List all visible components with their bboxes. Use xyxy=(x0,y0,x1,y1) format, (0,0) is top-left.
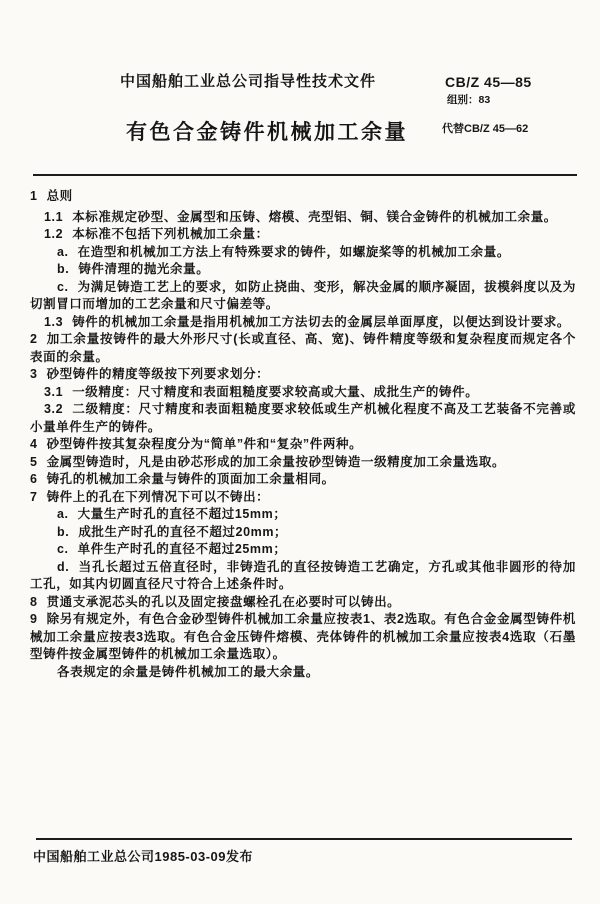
paragraph: 2加工余量按铸件的最大外形尺寸(长或直径、高、宽)、铸件精度等级和复杂程度而规定… xyxy=(30,331,576,366)
paragraph-text: 本标准规定砂型、金属型和压铸、熔模、壳型铝、铜、镁合金铸件的机械加工余量。 xyxy=(72,210,557,224)
paragraph-marker: 3.1 xyxy=(44,385,63,399)
paragraph-text: 除另有规定外，有色合金砂型铸件机械加工余量应按表1、表2选取。有色合金金属型铸件… xyxy=(30,612,576,661)
paragraph: d.当孔长超过五倍直径时，非铸造孔的直径按铸造工艺确定，方孔或其他非圆形的待加工… xyxy=(30,559,576,594)
paragraph: 7铸件上的孔在下列情况下可以不铸出： xyxy=(30,489,576,507)
paragraph-marker: b. xyxy=(57,525,69,539)
paragraph-marker: a. xyxy=(57,245,69,259)
paragraph-text: 本标准不包括下列机械加工余量： xyxy=(72,227,269,241)
paragraph-text: 铸件上的孔在下列情况下可以不铸出： xyxy=(47,490,270,504)
publish-line: 中国船舶工业总公司1985-03-09发布 xyxy=(33,846,253,865)
paragraph-marker: 7 xyxy=(30,490,38,504)
supersedes-note: 代替CB/Z 45—62 xyxy=(442,120,528,136)
paragraph: b.成批生产时孔的直径不超过20mm； xyxy=(30,524,576,542)
paragraph: c.为满足铸造工艺上的要求，如防止挠曲、变形，解决金属的顺序凝固，拔模斜度以及为… xyxy=(30,279,576,314)
paragraph-text: 贯通支承泥芯头的孔以及固定接盘螺栓孔在必要时可以铸出。 xyxy=(47,595,401,609)
paragraph: c.单件生产时孔的直径不超过25mm； xyxy=(30,541,576,559)
paragraph-marker: 3.2 xyxy=(44,402,63,416)
paragraph-text: 成批生产时孔的直径不超过20mm； xyxy=(78,525,287,539)
paragraph-marker: 1 xyxy=(30,189,38,203)
paragraph-text: 加工余量按铸件的最大外形尺寸(长或直径、高、宽)、铸件精度等级和复杂程度而规定各… xyxy=(30,332,576,364)
paragraph-text: 一级精度：尺寸精度和表面粗糙度要求较高或大量、成批生产的铸件。 xyxy=(72,385,478,399)
paragraph: 9除另有规定外，有色合金砂型铸件机械加工余量应按表1、表2选取。有色合金金属型铸… xyxy=(30,611,576,664)
paragraph: a.在造型和机械加工方法上有特殊要求的铸件，如螺旋桨等的机械加工余量。 xyxy=(30,244,576,262)
body-paragraphs: 1总则1.1本标准规定砂型、金属型和压铸、熔模、壳型铝、铜、镁合金铸件的机械加工… xyxy=(30,188,576,681)
paragraph-text: 在造型和机械加工方法上有特殊要求的铸件，如螺旋桨等的机械加工余量。 xyxy=(78,245,510,259)
paragraph-text: 铸件的机械加工余量是指用机械加工方法切去的金属层单面厚度，以便达到设计要求。 xyxy=(72,315,570,329)
paragraph-marker: b. xyxy=(57,262,69,276)
paragraph: 5金属型铸造时，凡是由砂芯形成的加工余量按砂型铸造一级精度加工余量选取。 xyxy=(30,454,576,472)
paragraph-marker: 2 xyxy=(30,332,38,346)
paragraph-marker: 1.2 xyxy=(44,227,63,241)
paragraph-marker: 6 xyxy=(30,472,38,486)
paragraph-marker: c. xyxy=(57,542,69,556)
paragraph: 3砂型铸件的精度等级按下列要求划分： xyxy=(30,366,576,384)
paragraph-marker: d. xyxy=(57,560,69,574)
paragraph-marker: c. xyxy=(57,280,69,294)
paragraph-text: 大量生产时孔的直径不超过15mm； xyxy=(78,507,287,521)
paragraph: 1.1本标准规定砂型、金属型和压铸、熔模、壳型铝、铜、镁合金铸件的机械加工余量。 xyxy=(30,209,576,227)
paragraph-text: 为满足铸造工艺上的要求，如防止挠曲、变形，解决金属的顺序凝固，拔模斜度以及为切割… xyxy=(30,280,576,312)
paragraph: 3.2二级精度：尺寸精度和表面粗糙度要求较低或生产机械化程度不高及工艺装备不完善… xyxy=(30,401,576,436)
paragraph: 1.3铸件的机械加工余量是指用机械加工方法切去的金属层单面厚度，以便达到设计要求… xyxy=(30,314,576,332)
paragraph: 3.1一级精度：尺寸精度和表面粗糙度要求较高或大量、成批生产的铸件。 xyxy=(30,384,576,402)
paragraph-text: 各表规定的余量是铸件机械加工的最大余量。 xyxy=(57,665,319,679)
paragraph-text: 铸孔的机械加工余量与铸件的顶面加工余量相同。 xyxy=(47,472,335,486)
paragraph: 1.2本标准不包括下列机械加工余量： xyxy=(30,226,576,244)
paragraph-marker: 9 xyxy=(30,612,38,626)
header-divider-rule xyxy=(33,174,577,176)
paragraph: 1总则 xyxy=(30,188,576,206)
paragraph-text: 当孔长超过五倍直径时，非铸造孔的直径按铸造工艺确定，方孔或其他非圆形的待加工孔，… xyxy=(30,560,576,592)
group-number: 组别：83 xyxy=(447,92,490,107)
paragraph: 4砂型铸件按其复杂程度分为“简单”件和“复杂”件两种。 xyxy=(30,436,576,454)
paragraph-text: 单件生产时孔的直径不超过25mm； xyxy=(78,542,287,556)
paragraph: b.铸件清理的抛光余量。 xyxy=(30,261,576,279)
paragraph-marker: 1.1 xyxy=(44,210,63,224)
paragraph: 8贯通支承泥芯头的孔以及固定接盘螺栓孔在必要时可以铸出。 xyxy=(30,594,576,612)
paragraph-marker: 4 xyxy=(30,437,38,451)
paragraph: a.大量生产时孔的直径不超过15mm； xyxy=(30,506,576,524)
document-title: 有色合金铸件机械加工余量 xyxy=(126,116,408,146)
issuing-org-line: 中国船舶工业总公司指导性技术文件 xyxy=(120,70,376,91)
paragraph-marker: 8 xyxy=(30,595,38,609)
paragraph-text: 砂型铸件按其复杂程度分为“简单”件和“复杂”件两种。 xyxy=(47,437,363,451)
footer-divider-rule xyxy=(36,838,572,840)
paragraph: 6铸孔的机械加工余量与铸件的顶面加工余量相同。 xyxy=(30,471,576,489)
paragraph-text: 砂型铸件的精度等级按下列要求划分： xyxy=(47,367,270,381)
standard-number: CB/Z 45—85 xyxy=(445,74,532,90)
paragraph-marker: 3 xyxy=(30,367,38,381)
scanned-standard-page: 中国船舶工业总公司指导性技术文件 CB/Z 45—85 组别：83 有色合金铸件… xyxy=(0,0,600,904)
paragraph-marker: 1.3 xyxy=(44,315,63,329)
paragraph-text: 金属型铸造时，凡是由砂芯形成的加工余量按砂型铸造一级精度加工余量选取。 xyxy=(47,455,506,469)
paragraph-marker: 5 xyxy=(30,455,38,469)
paragraph-text: 二级精度：尺寸精度和表面粗糙度要求较低或生产机械化程度不高及工艺装备不完善或小量… xyxy=(30,402,576,434)
paragraph-text: 铸件清理的抛光余量。 xyxy=(78,262,209,276)
paragraph-marker: a. xyxy=(57,507,69,521)
paragraph: 各表规定的余量是铸件机械加工的最大余量。 xyxy=(30,664,576,682)
paragraph-text: 总则 xyxy=(47,189,73,203)
